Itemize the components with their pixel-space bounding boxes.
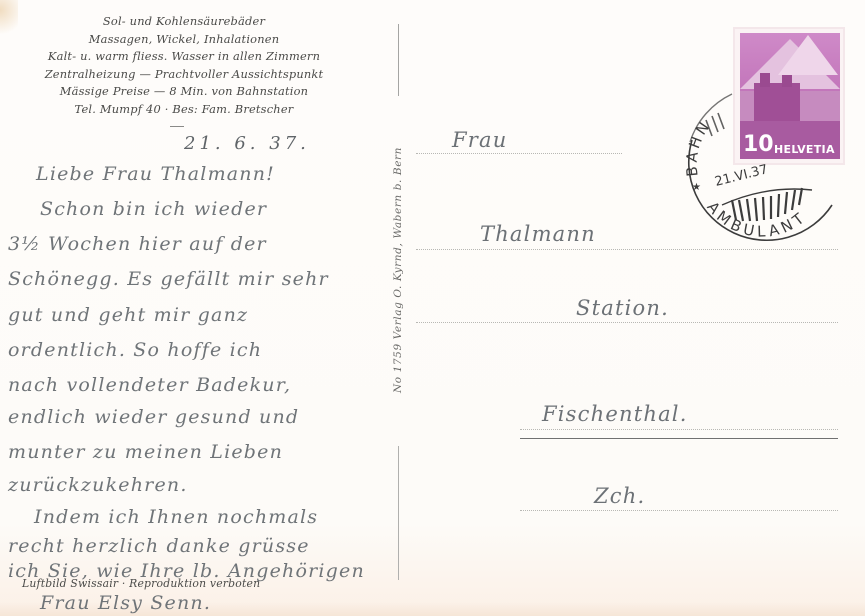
message-line: Schon bin ich wieder — [40, 198, 267, 220]
address-salutation: Frau — [452, 128, 507, 152]
postcard-back: Sol- und Kohlensäurebäder Massagen, Wick… — [0, 0, 865, 616]
divider-line — [398, 446, 399, 580]
address-line — [416, 153, 622, 154]
message-signature: Frau Elsy Senn. — [40, 592, 211, 614]
message-line: ordentlich. So hoffe ich — [8, 339, 262, 361]
message-line: Schönegg. Es gefällt mir sehr — [8, 268, 329, 290]
header-rule — [170, 126, 184, 127]
address-street: Station. — [576, 296, 669, 320]
svg-text:AMBULANT: AMBULANT — [703, 198, 810, 241]
address-underline — [520, 438, 838, 439]
header-line: Zentralheizung — Prachtvoller Aussichtsp… — [14, 66, 354, 84]
address-city: Fischenthal. — [542, 402, 688, 426]
svg-text:BAHN: BAHN — [683, 116, 715, 177]
postmark-date: 21.VI.37 — [713, 162, 769, 190]
message-line: Indem ich Ihnen nochmals — [34, 506, 318, 528]
message-line: nach vollendeter Badekur, — [8, 374, 291, 396]
postage-stamp: 10 HELVETIA — [735, 29, 843, 163]
address-name: Thalmann — [480, 222, 596, 246]
address-line — [520, 429, 838, 430]
message-line: 3½ Wochen hier auf der — [8, 233, 267, 255]
header-line: Kalt- u. warm fliess. Wasser in allen Zi… — [14, 48, 354, 66]
svg-text:★: ★ — [692, 182, 701, 193]
address-canton: Zch. — [594, 484, 645, 508]
message-line: endlich wieder gesund und — [8, 406, 299, 428]
header-line: Mässige Preise — 8 Min. von Bahnstation — [14, 83, 354, 101]
stamp-image: 10 HELVETIA — [740, 33, 840, 159]
address-line — [416, 249, 838, 250]
message-line: gut und geht mir ganz — [8, 304, 248, 326]
message-line: zurückzukehren. — [8, 474, 188, 496]
address-line — [520, 510, 838, 511]
header-line: Massagen, Wickel, Inhalationen — [14, 31, 354, 49]
stamp-country: HELVETIA — [774, 143, 835, 156]
message-line: Liebe Frau Thalmann! — [36, 163, 275, 185]
divider-line — [398, 24, 399, 96]
header-line: Sol- und Kohlensäurebäder — [14, 13, 354, 31]
address-line — [416, 322, 838, 323]
message-line: recht herzlich danke grüsse — [8, 535, 310, 557]
message-date: 21. 6. 37. — [184, 133, 310, 154]
printed-header: Sol- und Kohlensäurebäder Massagen, Wick… — [14, 13, 354, 119]
header-line: Tel. Mumpf 40 · Bes: Fam. Bretscher — [14, 101, 354, 119]
postmark-top-text: BAHN — [683, 116, 715, 177]
stamp-value: 10 — [743, 134, 774, 156]
postmark-bottom-text: AMBULANT — [703, 198, 810, 241]
publisher-imprint: No 1759 Verlag O. Kyrnd, Wabern b. Bern — [392, 100, 406, 440]
photo-credit: Luftbild Swissair · Reproduktion verbote… — [22, 577, 260, 590]
message-line: munter zu meinen Lieben — [8, 441, 283, 463]
